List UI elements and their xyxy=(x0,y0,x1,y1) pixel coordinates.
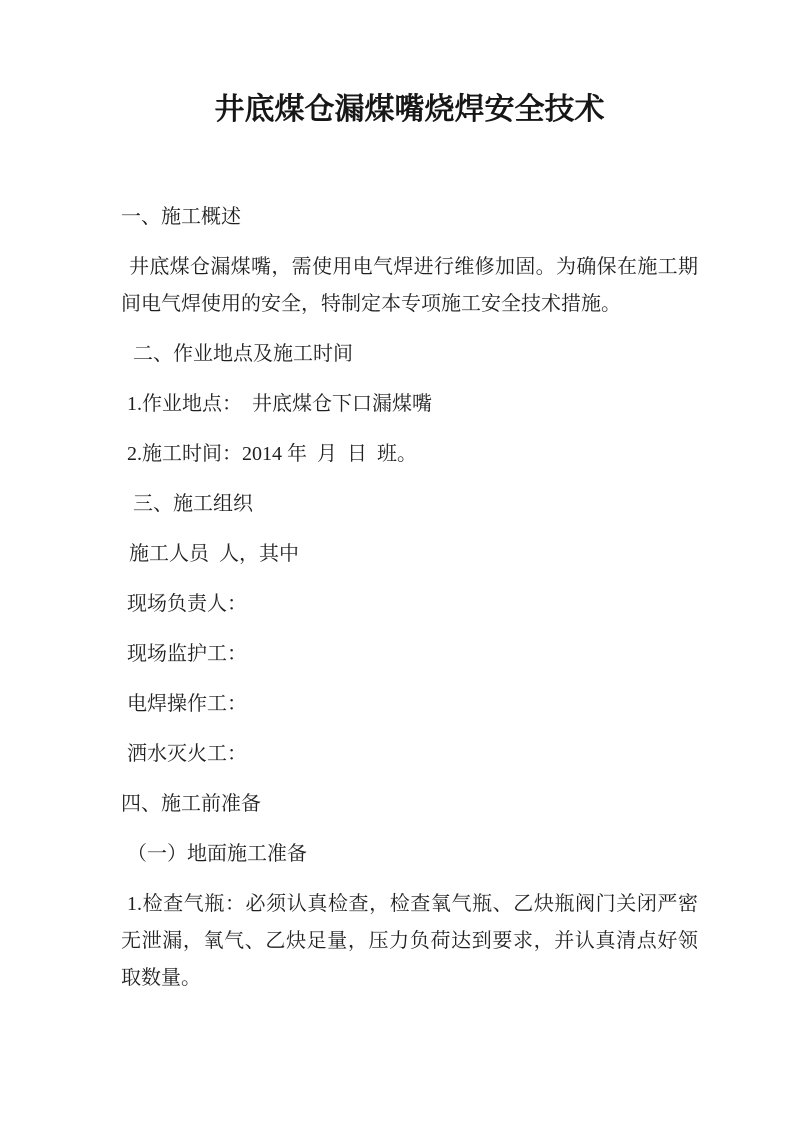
section-heading-location-time: 二、作业地点及施工时间 xyxy=(121,336,698,373)
document-title: 井底煤仓漏煤嘴烧焊安全技术 xyxy=(121,88,698,132)
item-welder-operator: 电焊操作工： xyxy=(121,686,698,723)
paragraph-check-gas-cylinders: 1.检查气瓶：必须认真检查，检查氧气瓶、乙炔瓶阀门关闭严密无泄漏，氧气、乙炔足量… xyxy=(121,886,698,997)
section-heading-organization: 三、施工组织 xyxy=(121,486,698,523)
section-heading-overview: 一、施工概述 xyxy=(121,199,698,236)
paragraph-overview: 井底煤仓漏煤嘴，需使用电气焊进行维修加固。为确保在施工期间电气焊使用的安全，特制… xyxy=(121,249,698,323)
document-page: 井底煤仓漏煤嘴烧焊安全技术 一、施工概述 井底煤仓漏煤嘴，需使用电气焊进行维修加… xyxy=(0,0,793,1122)
item-site-leader: 现场负责人： xyxy=(121,586,698,623)
item-site-guardian: 现场监护工： xyxy=(121,636,698,673)
document-content: 井底煤仓漏煤嘴烧焊安全技术 一、施工概述 井底煤仓漏煤嘴，需使用电气焊进行维修加… xyxy=(0,0,793,997)
item-work-location: 1.作业地点： 井底煤仓下口漏煤嘴 xyxy=(121,386,698,423)
section-heading-preparation: 四、施工前准备 xyxy=(121,786,698,823)
item-staff-count: 施工人员 人，其中 xyxy=(121,536,698,573)
item-water-sprayer: 洒水灭火工： xyxy=(121,736,698,773)
subheading-ground-preparation: （一）地面施工准备 xyxy=(121,836,698,873)
item-construction-time: 2.施工时间：2014 年 月 日 班。 xyxy=(121,436,698,473)
